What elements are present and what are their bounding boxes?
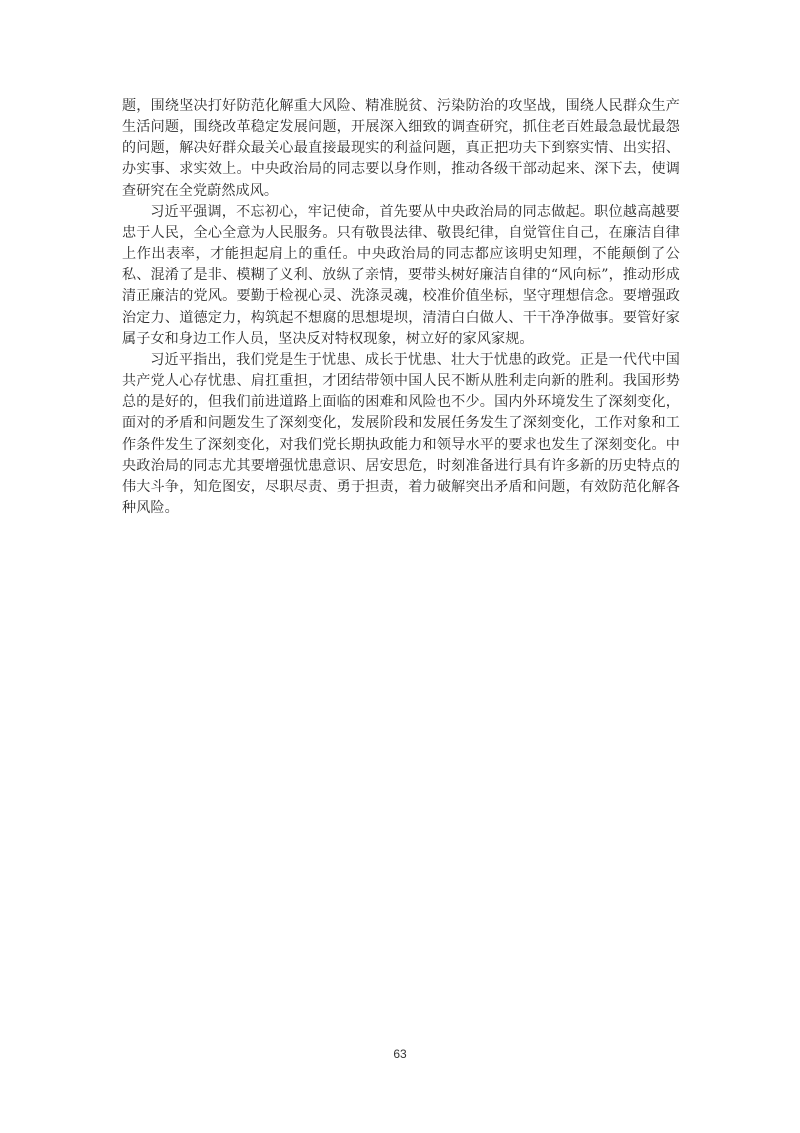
document-page: 题，围绕坚决打好防范化解重大风险、精准脱贫、污染防治的攻坚战，围绕人民群众生产生… <box>0 0 800 1133</box>
body-text: 题，围绕坚决打好防范化解重大风险、精准脱贫、污染防治的攻坚战，围绕人民群众生产生… <box>122 96 680 519</box>
paragraph-1: 题，围绕坚决打好防范化解重大风险、精准脱贫、污染防治的攻坚战，围绕人民群众生产生… <box>122 96 680 202</box>
paragraph-2: 习近平强调，不忘初心，牢记使命，首先要从中央政治局的同志做起。职位越高越要忠于人… <box>122 202 680 350</box>
paragraph-3: 习近平指出，我们党是生于忧患、成长于忧患、壮大于忧患的政党。正是一代代中国共产党… <box>122 350 680 519</box>
page-number: 63 <box>0 1047 800 1061</box>
